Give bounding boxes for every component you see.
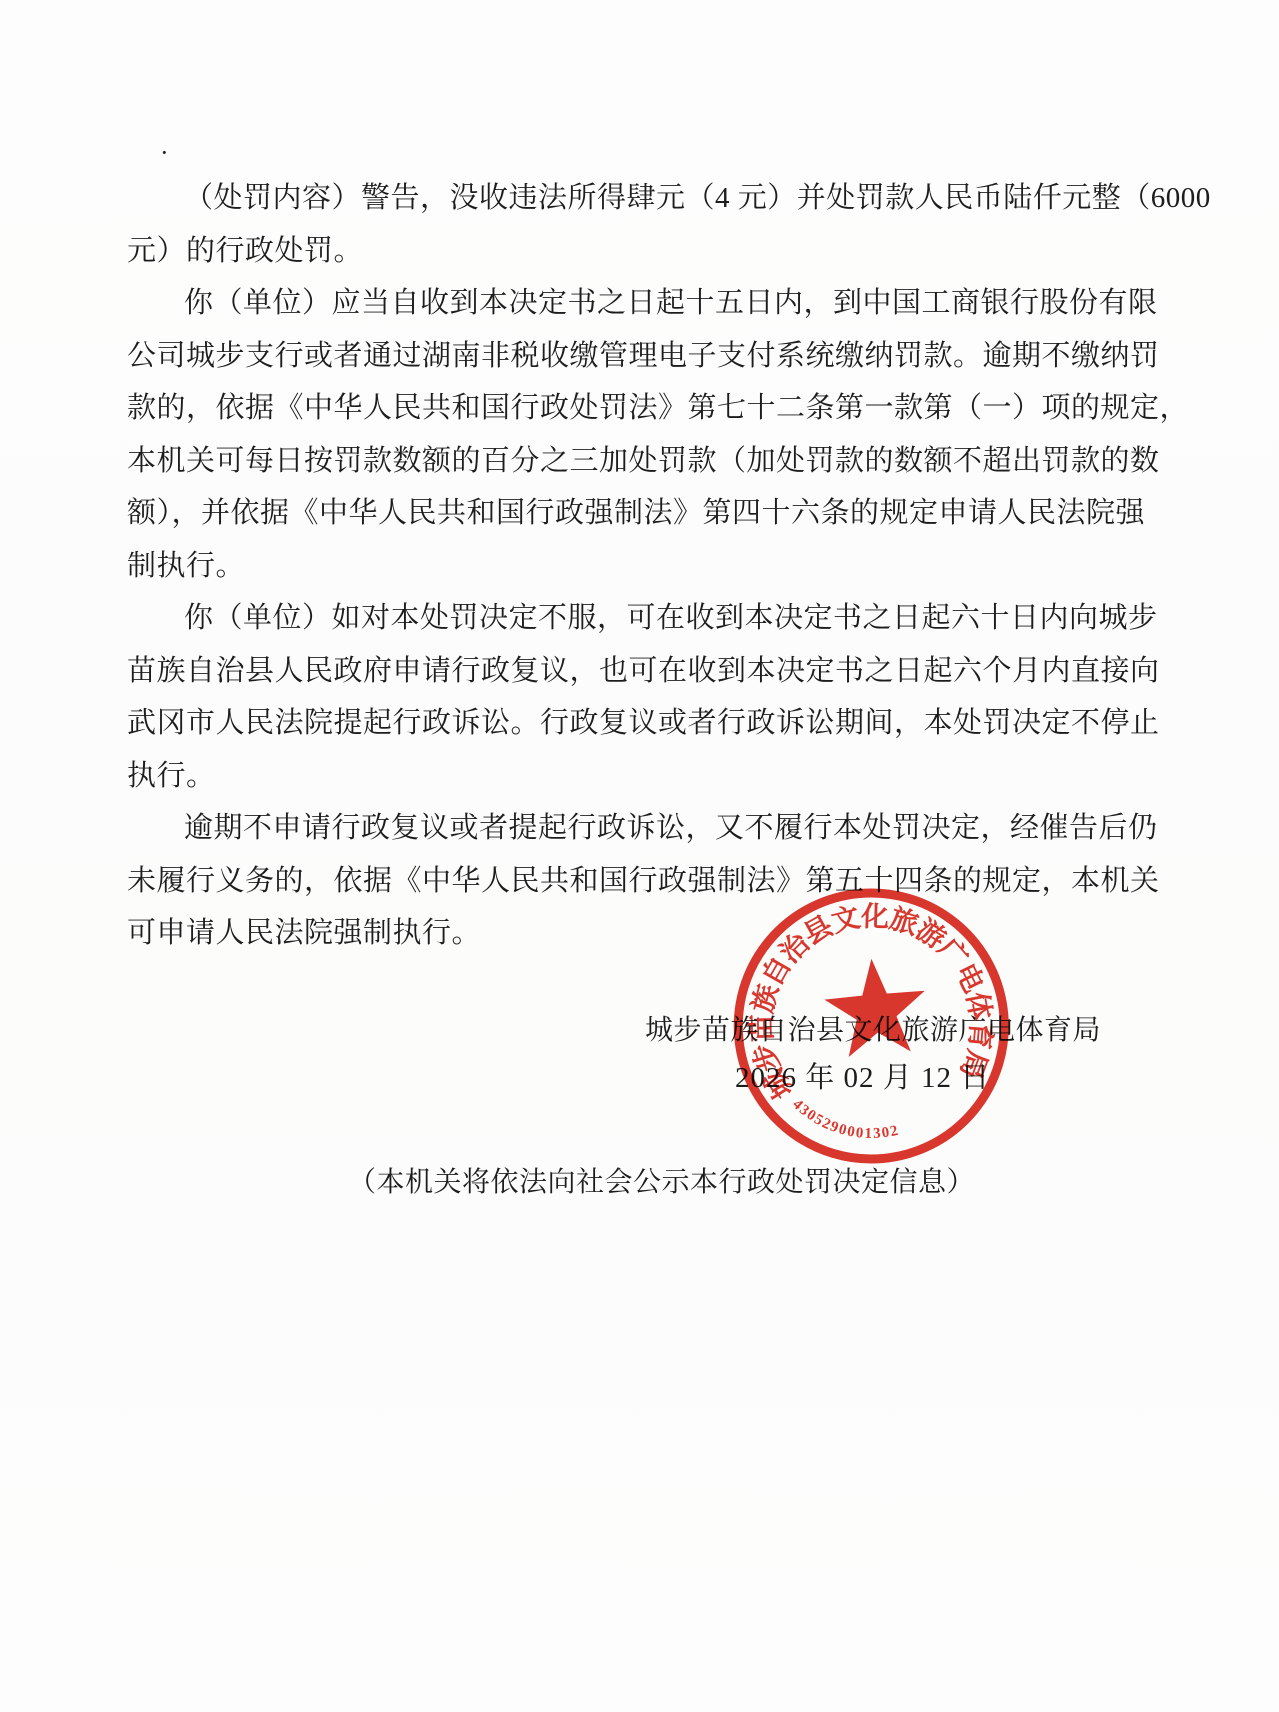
corner-dot: · [160, 138, 169, 168]
body-line: 款的，依据《中华人民共和国行政处罚法》第七十二条第一款第（一）项的规定， [127, 390, 1187, 426]
body-line: 你（单位）如对本处罚决定不服，可在收到本决定书之日起六十日内向城步 [127, 600, 1244, 636]
body-line: 公司城步支行或者通过湖南非税收缴管理电子支付系统缴纳罚款。逾期不缴纳罚 [127, 338, 1187, 374]
seal-star-icon [821, 954, 930, 1058]
body-line: 武冈市人民法院提起行政诉讼。行政复议或者行政诉讼期间，本处罚决定不停止 [127, 705, 1187, 741]
official-seal: 城步苗族自治县文化旅游广电体育局 4305290001302 [705, 857, 1037, 1189]
body-line: 你（单位）应当自收到本决定书之日起十五日内，到中国工商银行股份有限 [127, 285, 1244, 321]
body-line: （处罚内容）警告，没收违法所得肆元（4 元）并处罚款人民币陆仟元整（6000 [127, 180, 1244, 216]
body-line: 额），并依据《中华人民共和国行政强制法》第四十六条的规定申请人民法院强 [127, 495, 1187, 531]
body-line: 逾期不申请行政复议或者提起行政诉讼，又不履行本处罚决定，经催告后仍 [127, 810, 1244, 846]
body-line: 元）的行政处罚。 [127, 233, 1187, 269]
body-line: 制执行。 [127, 548, 1187, 584]
body-line: 可申请人民法院强制执行。 [127, 915, 1187, 951]
document-page: · （处罚内容）警告，没收违法所得肆元（4 元）并处罚款人民币陆仟元整（6000… [0, 0, 1279, 1712]
body-line: 苗族自治县人民政府申请行政复议，也可在收到本决定书之日起六个月内直接向 [127, 653, 1187, 689]
body-line: 执行。 [127, 758, 1187, 794]
body-line: 未履行义务的，依据《中华人民共和国行政强制法》第五十四条的规定，本机关 [127, 863, 1187, 899]
body-line: 本机关可每日按罚款数额的百分之三加处罚款（加处罚款的数额不超出罚款的数 [127, 443, 1187, 479]
